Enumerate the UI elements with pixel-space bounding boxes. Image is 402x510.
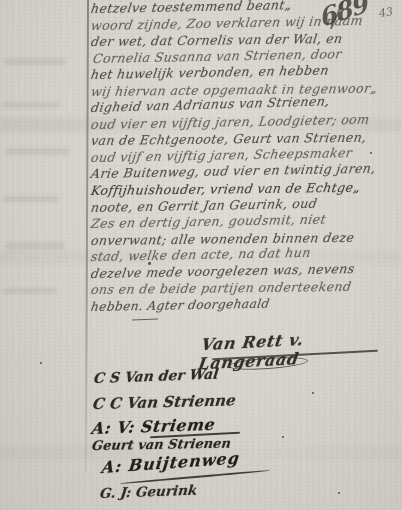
- bleed-through-mark: [4, 58, 66, 65]
- ink-speck: [148, 262, 151, 265]
- bleed-through-mark: [3, 196, 59, 202]
- marginal-note-underline: [132, 319, 158, 321]
- bleed-through-mark: [2, 102, 60, 108]
- ink-speck: [40, 362, 42, 364]
- bleed-through-mark: [2, 288, 57, 294]
- ink-speck: [370, 152, 372, 154]
- manuscript-page: 689 43 hetzelve toestemmend beant„ woord…: [0, 0, 402, 510]
- ink-speck: [312, 392, 314, 394]
- ink-speck: [338, 492, 340, 494]
- margin-rule: [85, 0, 89, 472]
- witness-signature: G. J: Geurink: [99, 483, 198, 502]
- witness-signature: C C Van Strienne: [92, 391, 237, 413]
- manuscript-text: hetzelve toestemmend beant„ woord zijnde…: [91, 1, 397, 315]
- ink-speck: [282, 436, 284, 438]
- bleed-through-mark: [6, 148, 70, 155]
- witness-signature: C S Van der Wal: [93, 367, 219, 387]
- bleed-through-mark: [5, 242, 65, 249]
